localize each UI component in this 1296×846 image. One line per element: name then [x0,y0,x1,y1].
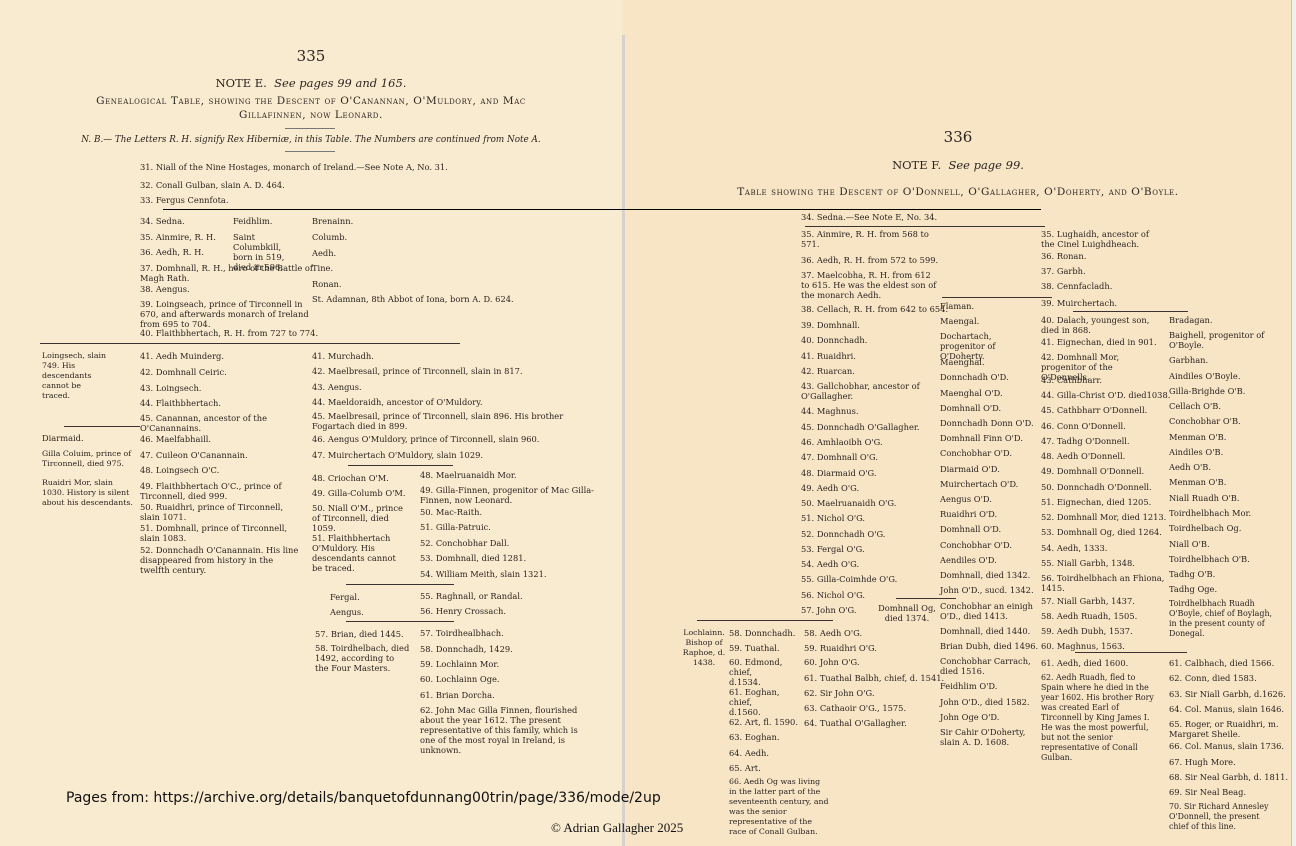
donnell-62: 62. Aedh Ruadh, fled to Spain where he d… [1041,673,1159,763]
gallagher-42: 42. Ruarcan. [801,366,855,376]
gallagher-37: 37. Maelcobha, R. H. from 612 to 615. He… [801,270,941,300]
gallagher-50: 50. Maelruanaidh O'G. [801,498,896,508]
donnell-57: 57. Niall Garbh, 1437. [1041,596,1135,606]
boyle-15: Toirdhelbhach O'B. [1169,554,1250,564]
branch-line [64,426,140,427]
doherty-24: John O'D., died 1582. [940,697,1030,707]
gallagher-36: 36. Aedh, R. H. from 572 to 599. [801,255,938,265]
donnell-36: 36. Ronan. [1041,251,1086,261]
boyle-3: Aindiles O'Boyle. [1169,371,1240,381]
doherty-23: Feidhlim O'D. [940,681,997,691]
leonard-49: 49. Gilla-Finnen, progenitor of Mac Gill… [420,485,595,505]
branch-line [896,598,956,599]
feidhlim: Feidhlim. [233,216,272,226]
entry-40: 40. Flaithbhertach, R. H. from 727 to 77… [140,328,318,338]
donnell-43: 43. Cathbharr. [1041,375,1102,385]
calbhach-70: 70. Sir Richard Annesley O'Donnell, the … [1169,802,1281,832]
calbhach-69: 69. Sir Neal Beag. [1169,787,1246,797]
muldory-45: 45. Maelbresail, prince of Tirconnell, s… [312,411,592,431]
leonard-51: 51. Gilla-Patruic. [420,522,491,532]
boyle-12: Toirdhelbhach Mor. [1169,508,1251,518]
doherty-26: Sir Cahir O'Doherty, slain A. D. 1608. [940,727,1035,747]
gallagher-47: 47. Domhnall O'G. [801,452,878,462]
boyle-13: Toirdhelbach Og. [1169,523,1241,533]
om-50: 50. Niall O'M., prince of Tirconnell, di… [312,503,407,533]
leonard-52: 52. Conchobhar Dall. [420,538,509,548]
leonard-50: 50. Mac-Raith. [420,507,482,517]
doherty-4: Donnchadh O'D. [940,372,1009,382]
donnell-44: 44. Gilla-Christ O'D. died1038. [1041,390,1170,400]
calbhach-64: 64. Col. Manus, slain 1646. [1169,704,1284,714]
st-adamnan: St. Adamnan, 8th Abbot of Iona, born A. … [312,294,514,304]
calbhach-68: 68. Sir Neal Garbh, d. 1811. [1169,772,1288,782]
gallagher-35: 35. Ainmire, R. H. from 568 to 571. [801,229,941,249]
muldory-46: 46. Aengus O'Muldory, prince of Tirconne… [312,434,539,444]
entry-39: 39. Loingseach, prince of Tirconnell in … [140,299,315,329]
donnell-61: 61. Aedh, died 1600. [1041,658,1128,668]
gallagher-51: 51. Nichol O'G. [801,513,865,523]
leonard-59: 59. Lochlainn Mor. [420,659,499,669]
doherty-3: Maenghal. [940,357,985,367]
brenainn-line-4: Ronan. [312,279,342,289]
note-f-table-title: Table showing the Descent of O'Donnell, … [624,186,1292,198]
canannan-49: 49. Flaithbhertach O'C., prince of Tirco… [140,481,305,501]
fergal: Fergal. [330,592,360,602]
gilla-coluim: Gilla Coluim, prince of Tirconnell, died… [42,449,134,469]
canannan-41: 41. Aedh Muinderg. [140,351,224,361]
donnell-53: 53. Domhnall Og, died 1264. [1041,527,1162,537]
gal-b-66: 66. Aedh Og was living in the latter par… [729,777,829,837]
leonard-56: 56. Henry Crossach. [420,606,506,616]
brenainn-line-2: Aedh. [312,248,336,258]
gallagher-49: 49. Aedh O'G. [801,483,859,493]
donnell-52: 52. Domhnall Mor, died 1213. [1041,512,1166,522]
gal-a-61: 61. Tuathal Balbh, chief, d. 1541. [804,673,944,683]
doherty-20: Domhnall, died 1440. [940,626,1030,636]
gal-b-65: 65. Art. [729,763,761,773]
page-number-336: 336 [624,128,1292,146]
note-e-table-title-2: Gillafinnen, now Leonard. [20,109,602,121]
canannan-48: 48. Loingsech O'C. [140,465,219,475]
doherty-0: Flaman. [940,301,974,311]
overlay-rule [163,209,1041,210]
entry-36: 36. Aedh, R. H. [140,247,204,257]
canannan-51: 51. Domhnall, prince of Tirconnell, slai… [140,523,305,543]
canannan-45: 45. Canannan, ancestor of the O'Canannai… [140,413,305,433]
donnell-37: 37. Garbh. [1041,266,1086,276]
copyright-caption: © Adrian Gallagher 2025 [551,820,683,836]
branch-line [805,226,1045,227]
branch-line [1073,311,1188,312]
donnell-45: 45. Cathbharr O'Donnell. [1041,405,1147,415]
gal-b-64: 64. Aedh. [729,748,769,758]
brenainn-line-3: Tine. [312,263,333,273]
doherty-6: Domhnall O'D. [940,403,1001,413]
note-f-heading: NOTE F. See page 99. [624,158,1292,172]
gal-a-62: 62. Sir John O'G. [804,688,874,698]
domhnall-og-1374: Domhnall Og, died 1374. [877,603,937,623]
leonard-61: 61. Brian Dorcha. [420,690,495,700]
donnell-56: 56. Toirdhelbhach an Fhiona, 1415. [1041,573,1166,593]
donnell-47: 47. Tadhg O'Donnell. [1041,436,1130,446]
loingsech-side: Loingsech, slain 749. His descendants ca… [42,351,106,401]
donnell-40: 40. Dalach, youngest son, died in 868. [1041,315,1161,335]
branch-line [40,343,460,344]
branch-line [697,620,833,621]
gal-a-60: 60. John O'G. [804,657,860,667]
note-e-ref: See pages 99 and 165. [274,76,406,90]
doherty-21: Brian Dubh, died 1496. [940,641,1038,651]
branch-line [348,465,453,466]
donnell-55: 55. Niall Garbh, 1348. [1041,558,1135,568]
gal-b-62: 62. Art, fl. 1590. [729,717,798,727]
gallagher-55: 55. Gilla-Coimhde O'G. [801,574,897,584]
book-spine [622,35,625,846]
boyle-17: Tadhg Oge. [1169,584,1217,594]
boyle-11: Niall Ruadh O'B. [1169,493,1239,503]
note-e-nb: N. B.— The Letters R. H. signify Rex Hib… [0,135,622,145]
boyle-2: Garbhan. [1169,355,1208,365]
note-e-table-title-1: Genealogical Table, showing the Descent … [20,95,602,107]
doherty-8: Domhnall Finn O'D. [940,433,1023,443]
note-e-title: NOTE E. [216,76,267,90]
fergal-aengus: Aengus. [330,607,364,617]
leonard-60: 60. Lochlainn Oge. [420,674,500,684]
boyle-5: Cellach O'B. [1169,401,1221,411]
toirdhelbach-58: 58. Toirdhelbach, died 1492, according t… [315,643,410,673]
donnell-35: 35. Lughaidh, ancestor of the Cinel Luig… [1041,229,1161,249]
doherty-10: Diarmaid O'D. [940,464,1000,474]
brian-57: 57. Brian, died 1445. [315,629,404,639]
brenainn-line-1: Columb. [312,232,347,242]
gallagher-46: 46. Amhlaoibh O'G. [801,437,883,447]
doherty-19: Conchobhar an einigh O'D., died 1413. [940,601,1035,621]
canannan-46: 46. Maelfabhaill. [140,434,211,444]
doherty-9: Conchobhar O'D. [940,448,1012,458]
gal-b-63: 63. Eoghan. [729,732,779,742]
entry-32: 32. Conall Gulban, slain A. D. 464. [140,180,285,190]
gal-b-61: 61. Eoghan, chief, d.1560. [729,687,784,717]
page-edge [1291,0,1296,846]
gallagher-48: 48. Diarmaid O'G. [801,468,877,478]
donnell-58: 58. Aedh Ruadh, 1505. [1041,611,1137,621]
gallagher-40: 40. Donnchadh. [801,335,867,345]
gal-a-59: 59. Ruaidhri O'G. [804,643,877,653]
gallagher-54: 54. Aedh O'G. [801,559,859,569]
donnell-46: 46. Conn O'Donnell. [1041,421,1126,431]
boyle-8: Aindiles O'B. [1169,447,1223,457]
boyle-6: Conchobhar O'B. [1169,416,1241,426]
leonard-58: 58. Donnchadh, 1429. [420,644,513,654]
leonard-55: 55. Raghnall, or Randal. [420,591,523,601]
gallagher-56: 56. Nichol O'G. [801,590,865,600]
boyle-18: Toirdhelbhach Ruadh O'Boyle, chief of Bo… [1169,599,1277,639]
doherty-18: John O'D., sucd. 1342. [940,585,1034,595]
canannan-43: 43. Loingsech. [140,383,201,393]
donnell-51: 51. Eignechan, died 1205. [1041,497,1151,507]
doherty-1: Maengal. [940,316,979,326]
boyle-10: Menman O'B. [1169,477,1226,487]
gallagher-44: 44. Maghnus. [801,406,859,416]
doherty-12: Aengus O'D. [940,494,992,504]
gal-a-64: 64. Tuathal O'Gallagher. [804,718,907,728]
donnell-41: 41. Eignechan, died in 901. [1041,337,1157,347]
leonard-53: 53. Domhnall, died 1281. [420,553,526,563]
donnell-48: 48. Aedh O'Donnell. [1041,451,1125,461]
calbhach-61: 61. Calbhach, died 1566. [1169,658,1274,668]
boyle-0: Bradagan. [1169,315,1213,325]
gallagher-52: 52. Donnchadh O'G. [801,529,885,539]
leonard-62: 62. John Mac Gilla Finnen, flourished ab… [420,705,595,755]
donnell-59: 59. Aedh Dubh, 1537. [1041,626,1133,636]
doherty-25: John Oge O'D. [940,712,999,722]
gallagher-39: 39. Domhnall. [801,320,860,330]
diarmaid: Diarmaid. [42,433,84,443]
muldory-42: 42. Maelbresail, prince of Tirconnell, s… [312,366,523,376]
donnell-38: 38. Cennfacladh. [1041,281,1112,291]
calbhach-65: 65. Roger, or Ruaidhri, m. Margaret Shei… [1169,719,1284,739]
branch-line [1075,652,1187,653]
doherty-5: Maenghal O'D. [940,388,1003,398]
source-caption: Pages from: https://archive.org/details/… [66,790,661,806]
gallagher-45: 45. Donnchadh O'Gallagher. [801,422,920,432]
doherty-15: Conchobhar O'D. [940,540,1012,550]
doherty-7: Donnchadh Donn O'D. [940,418,1034,428]
muldory-44: 44. Maeldoraidh, ancestor of O'Muldory. [312,397,482,407]
branch-line [346,621,454,622]
brenainn-line-0: Brenainn. [312,216,353,226]
sedna-34: 34. Sedna.—See Note E, No. 34. [801,212,937,222]
canannan-44: 44. Flaithbhertach. [140,398,221,408]
muldory-43: 43. Aengus. [312,382,362,392]
donnell-50: 50. Donnchadh O'Donnell. [1041,482,1152,492]
leonard-57: 57. Toirdhealbhach. [420,628,504,638]
donnell-54: 54. Aedh, 1333. [1041,543,1107,553]
lochlainn-bishop: Lochlainn. Bishop of Raphoe, d. 1438. [678,628,730,668]
om-51: 51. Flaithbhertach O'Muldory. His descen… [312,533,407,573]
note-f-ref: See page 99. [948,158,1023,172]
boyle-9: Aedh O'B. [1169,462,1211,472]
calbhach-66: 66. Col. Manus, slain 1736. [1169,741,1284,751]
calbhach-62: 62. Conn, died 1583. [1169,673,1257,683]
page-number-335: 335 [0,47,622,65]
branch-line [346,584,454,585]
donnell-60: 60. Maghnus, 1563. [1041,641,1125,651]
leonard-54: 54. William Meith, slain 1321. [420,569,547,579]
gallagher-38: 38. Cellach, R. H. from 642 to 654. [801,304,948,314]
gallagher-41: 41. Ruaidhri. [801,351,856,361]
doherty-22: Conchobhar Carrach, died 1516. [940,656,1035,676]
entry-38: 38. Aengus. [140,284,190,294]
donnell-39: 39. Muirchertach. [1041,298,1117,308]
boyle-4: Gilla-Brighde O'B. [1169,386,1245,396]
doherty-14: Domhnall O'D. [940,524,1001,534]
ruaidri-mor: Ruaidri Mor, slain 1030. History is sile… [42,478,134,508]
gal-b-58: 58. Donnchadh. [729,628,795,638]
calbhach-67: 67. Hugh More. [1169,757,1236,767]
boyle-16: Tadhg O'B. [1169,569,1215,579]
entry-31: 31. Niall of the Nine Hostages, monarch … [140,162,448,172]
gal-b-60: 60. Edmond, chief, d.1534. [729,657,784,687]
gal-a-58: 58. Aedh O'G. [804,628,862,638]
header-rule [285,128,335,129]
gal-b-59: 59. Tuathal. [729,643,780,653]
canannan-42: 42. Domhnall Ceiric. [140,367,227,377]
om-48: 48. Criochan O'M. [312,473,389,483]
boyle-1: Baighell, progenitor of O'Boyle. [1169,330,1274,350]
canannan-50: 50. Ruaidhri, prince of Tirconnell, slai… [140,502,305,522]
entry-33: 33. Fergus Cennfota. [140,195,229,205]
doherty-17: Domhnall, died 1342. [940,570,1030,580]
saint-columbkill: Saint Columbkill, born in 519, died in 5… [233,232,303,272]
gallagher-57: 57. John O'G. [801,605,857,615]
leonard-48: 48. Maelruanaidh Mor. [420,470,517,480]
donnell-49: 49. Domhnall O'Donnell. [1041,466,1144,476]
muldory-47: 47. Muirchertach O'Muldory, slain 1029. [312,450,483,460]
note-f-title: NOTE F. [892,158,941,172]
om-49: 49. Gilla-Columb O'M. [312,488,406,498]
muldory-41: 41. Murchadh. [312,351,374,361]
boyle-14: Niall O'B. [1169,539,1210,549]
header-rule [285,151,335,152]
entry-35: 35. Ainmire, R. H. [140,232,216,242]
doherty-16: Aendiles O'D. [940,555,997,565]
canannan-52: 52. Donnchadh O'Canannain. His line disa… [140,545,305,575]
entry-34: 34. Sedna. [140,216,185,226]
gallagher-43: 43. Gallchobhar, ancestor of O'Gallagher… [801,381,936,401]
gallagher-53: 53. Fergal O'G. [801,544,865,554]
gal-a-63: 63. Cathaoir O'G., 1575. [804,703,906,713]
branch-line [942,297,1052,298]
doherty-11: Muirchertach O'D. [940,479,1018,489]
boyle-7: Menman O'B. [1169,432,1226,442]
calbhach-63: 63. Sir Niall Garbh, d.1626. [1169,689,1286,699]
doherty-13: Ruaidhri O'D. [940,509,997,519]
canannan-47: 47. Cuileon O'Canannain. [140,450,248,460]
note-e-heading: NOTE E. See pages 99 and 165. [0,76,622,90]
